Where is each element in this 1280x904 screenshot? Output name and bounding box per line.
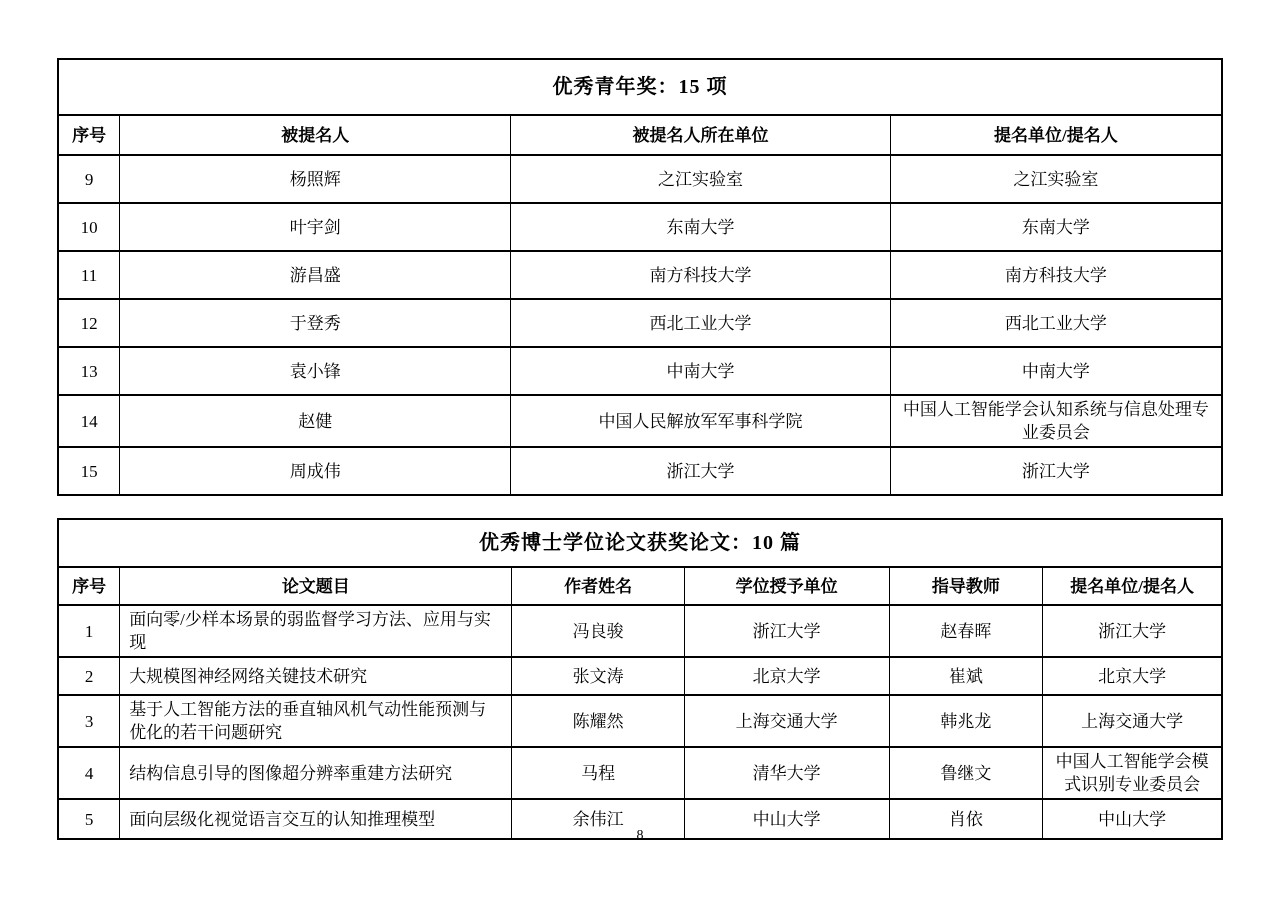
table-row: 10叶宇剑东南大学东南大学	[58, 203, 1222, 251]
table-cell: 浙江大学	[1043, 605, 1222, 657]
table-cell: 面向零/少样本场景的弱监督学习方法、应用与实现	[120, 605, 512, 657]
table-cell: 游昌盛	[120, 251, 511, 299]
table-cell: 清华大学	[684, 747, 889, 799]
table-cell: 浙江大学	[511, 447, 890, 495]
table-cell: 西北工业大学	[511, 299, 890, 347]
row-index-cell: 4	[58, 747, 120, 799]
table-cell: 马程	[512, 747, 684, 799]
table-header-row: 序号 论文题目 作者姓名 学位授予单位 指导教师 提名单位/提名人	[58, 567, 1222, 605]
column-header-nominator: 提名单位/提名人	[1043, 567, 1222, 605]
table-cell: 东南大学	[511, 203, 890, 251]
column-header-thesis-title: 论文题目	[120, 567, 512, 605]
table-cell: 浙江大学	[684, 605, 889, 657]
column-header-index: 序号	[58, 115, 120, 155]
table-cell: 崔斌	[889, 657, 1043, 695]
table-row: 1面向零/少样本场景的弱监督学习方法、应用与实现冯良骏浙江大学赵春晖浙江大学	[58, 605, 1222, 657]
row-index-cell: 12	[58, 299, 120, 347]
youth-award-table-body: 9杨照辉之江实验室之江实验室10叶宇剑东南大学东南大学11游昌盛南方科技大学南方…	[58, 155, 1222, 495]
table-cell: 中南大学	[511, 347, 890, 395]
doctoral-thesis-table-section: 优秀博士学位论文获奖论文：10 篇 序号 论文题目 作者姓名 学位授予单位 指导…	[57, 518, 1223, 840]
table-title: 优秀博士学位论文获奖论文：10 篇	[58, 519, 1222, 567]
table-cell: 张文涛	[512, 657, 684, 695]
table-header-row: 序号 被提名人 被提名人所在单位 提名单位/提名人	[58, 115, 1222, 155]
table-cell: 东南大学	[890, 203, 1222, 251]
row-index-cell: 9	[58, 155, 120, 203]
table-cell: 周成伟	[120, 447, 511, 495]
table-cell: 北京大学	[684, 657, 889, 695]
table-cell: 之江实验室	[511, 155, 890, 203]
youth-award-table: 优秀青年奖：15 项 序号 被提名人 被提名人所在单位 提名单位/提名人 9杨照…	[57, 58, 1223, 496]
table-row: 12于登秀西北工业大学西北工业大学	[58, 299, 1222, 347]
row-index-cell: 3	[58, 695, 120, 747]
table-cell: 南方科技大学	[511, 251, 890, 299]
table-cell: 北京大学	[1043, 657, 1222, 695]
table-cell: 基于人工智能方法的垂直轴风机气动性能预测与优化的若干问题研究	[120, 695, 512, 747]
column-header-nominee: 被提名人	[120, 115, 511, 155]
table-cell: 中国人工智能学会模式识别专业委员会	[1043, 747, 1222, 799]
column-header-nominator: 提名单位/提名人	[890, 115, 1222, 155]
table-row: 3基于人工智能方法的垂直轴风机气动性能预测与优化的若干问题研究陈耀然上海交通大学…	[58, 695, 1222, 747]
table-cell: 结构信息引导的图像超分辨率重建方法研究	[120, 747, 512, 799]
table-cell: 叶宇剑	[120, 203, 511, 251]
doctoral-thesis-table: 优秀博士学位论文获奖论文：10 篇 序号 论文题目 作者姓名 学位授予单位 指导…	[57, 518, 1223, 840]
column-header-advisor: 指导教师	[889, 567, 1043, 605]
column-header-degree-institution: 学位授予单位	[684, 567, 889, 605]
table-title-row: 优秀博士学位论文获奖论文：10 篇	[58, 519, 1222, 567]
table-cell: 于登秀	[120, 299, 511, 347]
table-cell: 中南大学	[890, 347, 1222, 395]
table-row: 4结构信息引导的图像超分辨率重建方法研究马程清华大学鲁继文中国人工智能学会模式识…	[58, 747, 1222, 799]
table-cell: 上海交通大学	[684, 695, 889, 747]
table-cell: 杨照辉	[120, 155, 511, 203]
row-index-cell: 15	[58, 447, 120, 495]
row-index-cell: 14	[58, 395, 120, 447]
table-cell: 中国人工智能学会认知系统与信息处理专业委员会	[890, 395, 1222, 447]
row-index-cell: 11	[58, 251, 120, 299]
table-cell: 冯良骏	[512, 605, 684, 657]
table-row: 11游昌盛南方科技大学南方科技大学	[58, 251, 1222, 299]
table-cell: 赵健	[120, 395, 511, 447]
row-index-cell: 13	[58, 347, 120, 395]
table-row: 15周成伟浙江大学浙江大学	[58, 447, 1222, 495]
table-title-row: 优秀青年奖：15 项	[58, 59, 1222, 115]
table-cell: 袁小锋	[120, 347, 511, 395]
row-index-cell: 10	[58, 203, 120, 251]
table-cell: 大规模图神经网络关键技术研究	[120, 657, 512, 695]
table-cell: 浙江大学	[890, 447, 1222, 495]
table-cell: 鲁继文	[889, 747, 1043, 799]
table-title: 优秀青年奖：15 项	[58, 59, 1222, 115]
table-cell: 韩兆龙	[889, 695, 1043, 747]
table-cell: 之江实验室	[890, 155, 1222, 203]
table-cell: 赵春晖	[889, 605, 1043, 657]
row-index-cell: 2	[58, 657, 120, 695]
column-header-author: 作者姓名	[512, 567, 684, 605]
table-cell: 南方科技大学	[890, 251, 1222, 299]
table-row: 2大规模图神经网络关键技术研究张文涛北京大学崔斌北京大学	[58, 657, 1222, 695]
table-cell: 西北工业大学	[890, 299, 1222, 347]
doctoral-thesis-table-body: 1面向零/少样本场景的弱监督学习方法、应用与实现冯良骏浙江大学赵春晖浙江大学2大…	[58, 605, 1222, 839]
table-cell: 陈耀然	[512, 695, 684, 747]
table-row: 9杨照辉之江实验室之江实验室	[58, 155, 1222, 203]
table-row: 14赵健中国人民解放军军事科学院中国人工智能学会认知系统与信息处理专业委员会	[58, 395, 1222, 447]
table-cell: 中国人民解放军军事科学院	[511, 395, 890, 447]
column-header-nominee-institution: 被提名人所在单位	[511, 115, 890, 155]
column-header-index: 序号	[58, 567, 120, 605]
document-page: 优秀青年奖：15 项 序号 被提名人 被提名人所在单位 提名单位/提名人 9杨照…	[0, 0, 1280, 904]
page-number: 8	[0, 828, 1223, 844]
row-index-cell: 1	[58, 605, 120, 657]
table-cell: 上海交通大学	[1043, 695, 1222, 747]
table-row: 13袁小锋中南大学中南大学	[58, 347, 1222, 395]
youth-award-table-section: 优秀青年奖：15 项 序号 被提名人 被提名人所在单位 提名单位/提名人 9杨照…	[57, 58, 1223, 496]
